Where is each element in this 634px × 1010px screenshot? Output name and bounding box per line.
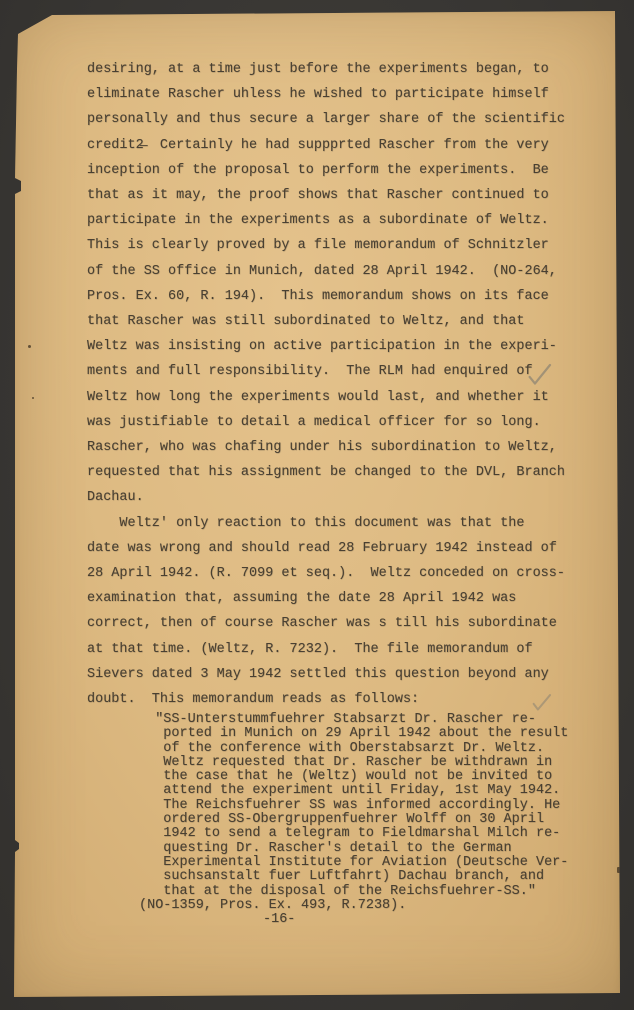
document-page: desiring, at a time just before the expe… — [12, 9, 622, 999]
pencil-checkmark-icon — [527, 359, 554, 389]
pencil-checkmark-icon — [531, 690, 554, 715]
page-number: -16- — [263, 913, 295, 927]
paper-speck — [32, 397, 34, 399]
block-quote-memorandum: "SS-Unterstummfuehrer Stabsarzt Dr. Rasc… — [139, 713, 568, 913]
scanned-document-photo: { "page": { "background_color": "#393734… — [0, 0, 634, 1010]
paper-speck — [28, 345, 31, 348]
body-paragraphs: desiring, at a time just before the expe… — [87, 57, 565, 712]
